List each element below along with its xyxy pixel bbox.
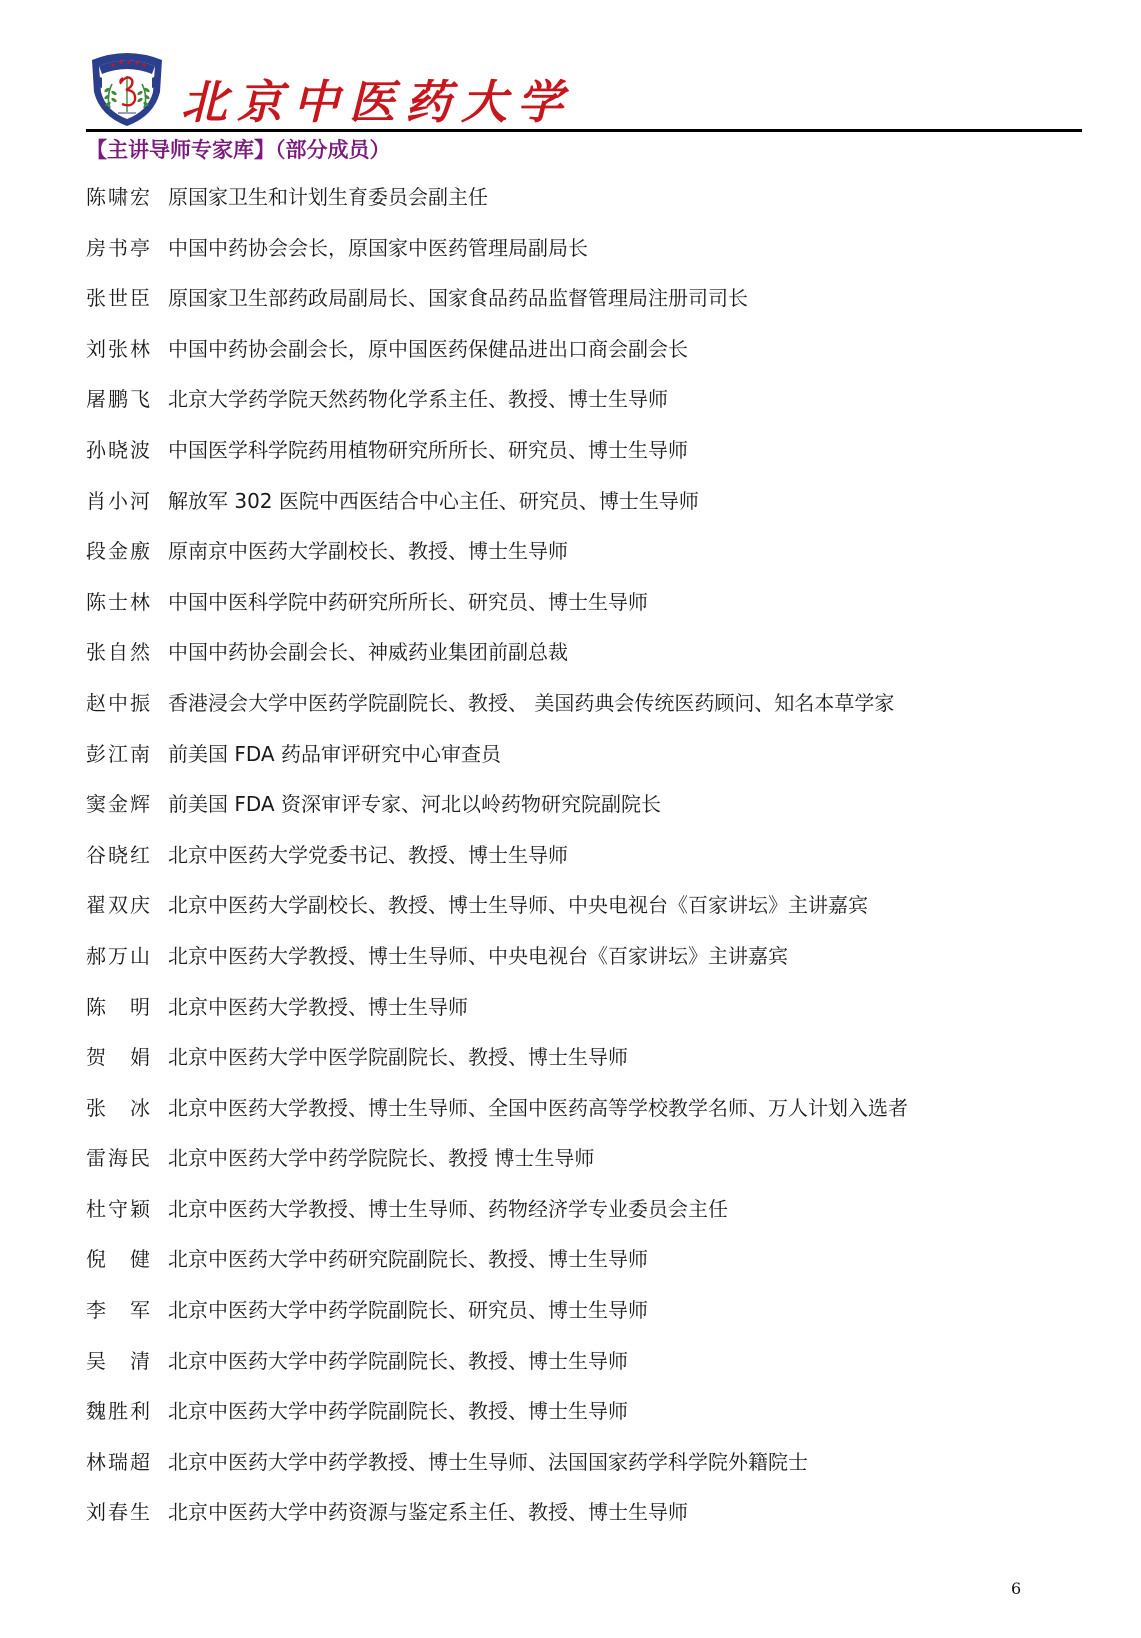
expert-name: 雷海民 bbox=[86, 1144, 150, 1172]
expert-description: 原国家卫生和计划生育委员会副主任 bbox=[168, 183, 1086, 211]
expert-description: 原南京中医药大学副校长、教授、博士生导师 bbox=[168, 537, 1086, 565]
expert-description: 原国家卫生部药政局副局长、国家食品药品监督管理局注册司司长 bbox=[168, 284, 1086, 312]
expert-name: 翟双庆 bbox=[86, 891, 150, 919]
expert-name: 肖小河 bbox=[86, 487, 150, 515]
expert-name: 倪健 bbox=[86, 1245, 150, 1273]
section-title: 【主讲导师专家库】（部分成员） bbox=[86, 136, 391, 164]
page-number: 6 bbox=[1011, 1579, 1021, 1598]
expert-row: 屠鹏飞北京大学药学院天然药物化学系主任、教授、博士生导师 bbox=[86, 385, 1086, 436]
expert-description: 中国医学科学院药用植物研究所所长、研究员、博士生导师 bbox=[168, 436, 1086, 464]
expert-description: 北京中医药大学中药学院副院长、教授、博士生导师 bbox=[168, 1397, 1086, 1425]
expert-row: 杜守颖北京中医药大学教授、博士生导师、药物经济学专业委员会主任 bbox=[86, 1195, 1086, 1246]
expert-row: 吴清北京中医药大学中药学院副院长、教授、博士生导师 bbox=[86, 1347, 1086, 1398]
expert-row: 赵中振香港浸会大学中医药学院副院长、教授、 美国药典会传统医药顾问、知名本草学家 bbox=[86, 689, 1086, 740]
expert-name: 孙晓波 bbox=[86, 436, 150, 464]
expert-name: 张自然 bbox=[86, 638, 150, 666]
expert-row: 房书亭中国中药协会会长，原国家中医药管理局副局长 bbox=[86, 234, 1086, 285]
expert-row: 刘张林中国中药协会副会长，原中国医药保健品进出口商会副会长 bbox=[86, 335, 1086, 386]
expert-row: 段金廒原南京中医药大学副校长、教授、博士生导师 bbox=[86, 537, 1086, 588]
expert-row: 刘春生北京中医药大学中药资源与鉴定系主任、教授、博士生导师 bbox=[86, 1498, 1086, 1549]
expert-row: 倪健北京中医药大学中药研究院副院长、教授、博士生导师 bbox=[86, 1245, 1086, 1296]
expert-description: 北京中医药大学副校长、教授、博士生导师、中央电视台《百家讲坛》主讲嘉宾 bbox=[168, 891, 1086, 919]
expert-name: 谷晓红 bbox=[86, 841, 150, 869]
expert-name: 刘春生 bbox=[86, 1498, 150, 1526]
expert-row: 魏胜利北京中医药大学中药学院副院长、教授、博士生导师 bbox=[86, 1397, 1086, 1448]
expert-name: 段金廒 bbox=[86, 537, 150, 565]
expert-description: 中国中药协会会长，原国家中医药管理局副局长 bbox=[168, 234, 1086, 262]
expert-name: 魏胜利 bbox=[86, 1397, 150, 1425]
expert-row: 李军北京中医药大学中药学院副院长、研究员、博士生导师 bbox=[86, 1296, 1086, 1347]
expert-row: 陈明北京中医药大学教授、博士生导师 bbox=[86, 993, 1086, 1044]
expert-row: 孙晓波中国医学科学院药用植物研究所所长、研究员、博士生导师 bbox=[86, 436, 1086, 487]
expert-name: 赵中振 bbox=[86, 689, 150, 717]
expert-name: 陈士林 bbox=[86, 588, 150, 616]
expert-name: 窦金辉 bbox=[86, 790, 150, 818]
expert-description: 北京中医药大学中药学教授、博士生导师、法国国家药学科学院外籍院士 bbox=[168, 1448, 1086, 1476]
expert-name: 郝万山 bbox=[86, 942, 150, 970]
expert-name: 林瑞超 bbox=[86, 1448, 150, 1476]
expert-row: 贺娟北京中医药大学中医学院副院长、教授、博士生导师 bbox=[86, 1043, 1086, 1094]
expert-list: 陈啸宏原国家卫生和计划生育委员会副主任房书亭中国中药协会会长，原国家中医药管理局… bbox=[86, 183, 1086, 1549]
expert-row: 窦金辉前美国 FDA 资深审评专家、河北以岭药物研究院副院长 bbox=[86, 790, 1086, 841]
expert-name: 彭江南 bbox=[86, 740, 150, 768]
expert-description: 前美国 FDA 药品审评研究中心审查员 bbox=[168, 740, 1086, 768]
expert-description: 中国中药协会副会长，原中国医药保健品进出口商会副会长 bbox=[168, 335, 1086, 363]
expert-name: 杜守颖 bbox=[86, 1195, 150, 1223]
expert-description: 北京中医药大学教授、博士生导师 bbox=[168, 993, 1086, 1021]
expert-row: 林瑞超北京中医药大学中药学教授、博士生导师、法国国家药学科学院外籍院士 bbox=[86, 1448, 1086, 1499]
expert-row: 陈士林中国中医科学院中药研究所所长、研究员、博士生导师 bbox=[86, 588, 1086, 639]
expert-row: 张冰北京中医药大学教授、博士生导师、全国中医药高等学校教学名师、万人计划入选者 bbox=[86, 1094, 1086, 1145]
expert-row: 雷海民北京中医药大学中药学院院长、教授 博士生导师 bbox=[86, 1144, 1086, 1195]
expert-row: 郝万山北京中医药大学教授、博士生导师、中央电视台《百家讲坛》主讲嘉宾 bbox=[86, 942, 1086, 993]
expert-description: 北京中医药大学中药学院副院长、研究员、博士生导师 bbox=[168, 1296, 1086, 1324]
expert-row: 翟双庆北京中医药大学副校长、教授、博士生导师、中央电视台《百家讲坛》主讲嘉宾 bbox=[86, 891, 1086, 942]
expert-description: 前美国 FDA 资深审评专家、河北以岭药物研究院副院长 bbox=[168, 790, 1086, 818]
expert-description: 北京中医药大学中药研究院副院长、教授、博士生导师 bbox=[168, 1245, 1086, 1273]
expert-row: 陈啸宏原国家卫生和计划生育委员会副主任 bbox=[86, 183, 1086, 234]
expert-description: 北京中医药大学中药学院院长、教授 博士生导师 bbox=[168, 1144, 1086, 1172]
expert-name: 吴清 bbox=[86, 1347, 150, 1375]
expert-row: 张世臣原国家卫生部药政局副局长、国家食品药品监督管理局注册司司长 bbox=[86, 284, 1086, 335]
expert-description: 北京中医药大学中药资源与鉴定系主任、教授、博士生导师 bbox=[168, 1498, 1086, 1526]
expert-description: 中国中药协会副会长、神威药业集团前副总裁 bbox=[168, 638, 1086, 666]
expert-row: 肖小河解放军 302 医院中西医结合中心主任、研究员、博士生导师 bbox=[86, 487, 1086, 538]
expert-row: 谷晓红北京中医药大学党委书记、教授、博士生导师 bbox=[86, 841, 1086, 892]
expert-name: 张冰 bbox=[86, 1094, 150, 1122]
expert-name: 贺娟 bbox=[86, 1043, 150, 1071]
expert-name: 张世臣 bbox=[86, 284, 150, 312]
expert-description: 中国中医科学院中药研究所所长、研究员、博士生导师 bbox=[168, 588, 1086, 616]
expert-description: 北京中医药大学中医学院副院长、教授、博士生导师 bbox=[168, 1043, 1086, 1071]
expert-description: 北京中医药大学教授、博士生导师、药物经济学专业委员会主任 bbox=[168, 1195, 1086, 1223]
header-divider bbox=[86, 129, 1082, 132]
expert-description: 北京中医药大学中药学院副院长、教授、博士生导师 bbox=[168, 1347, 1086, 1375]
expert-name: 陈明 bbox=[86, 993, 150, 1021]
expert-row: 张自然中国中药协会副会长、神威药业集团前副总裁 bbox=[86, 638, 1086, 689]
expert-name: 刘张林 bbox=[86, 335, 150, 363]
expert-description: 北京中医药大学教授、博士生导师、中央电视台《百家讲坛》主讲嘉宾 bbox=[168, 942, 1086, 970]
university-name: 北京中医药大学 bbox=[181, 74, 573, 130]
expert-description: 北京中医药大学党委书记、教授、博士生导师 bbox=[168, 841, 1086, 869]
expert-description: 北京大学药学院天然药物化学系主任、教授、博士生导师 bbox=[168, 385, 1086, 413]
expert-name: 陈啸宏 bbox=[86, 183, 150, 211]
expert-name: 房书亭 bbox=[86, 234, 150, 262]
expert-name: 屠鹏飞 bbox=[86, 385, 150, 413]
expert-description: 北京中医药大学教授、博士生导师、全国中医药高等学校教学名师、万人计划入选者 bbox=[168, 1094, 1086, 1122]
expert-row: 彭江南前美国 FDA 药品审评研究中心审查员 bbox=[86, 740, 1086, 791]
expert-description: 香港浸会大学中医药学院副院长、教授、 美国药典会传统医药顾问、知名本草学家 bbox=[168, 689, 1086, 717]
expert-description: 解放军 302 医院中西医结合中心主任、研究员、博士生导师 bbox=[168, 487, 1086, 515]
expert-name: 李军 bbox=[86, 1296, 150, 1324]
university-emblem-icon bbox=[88, 48, 166, 128]
page-header: 北京中医药大学 bbox=[86, 46, 1086, 130]
